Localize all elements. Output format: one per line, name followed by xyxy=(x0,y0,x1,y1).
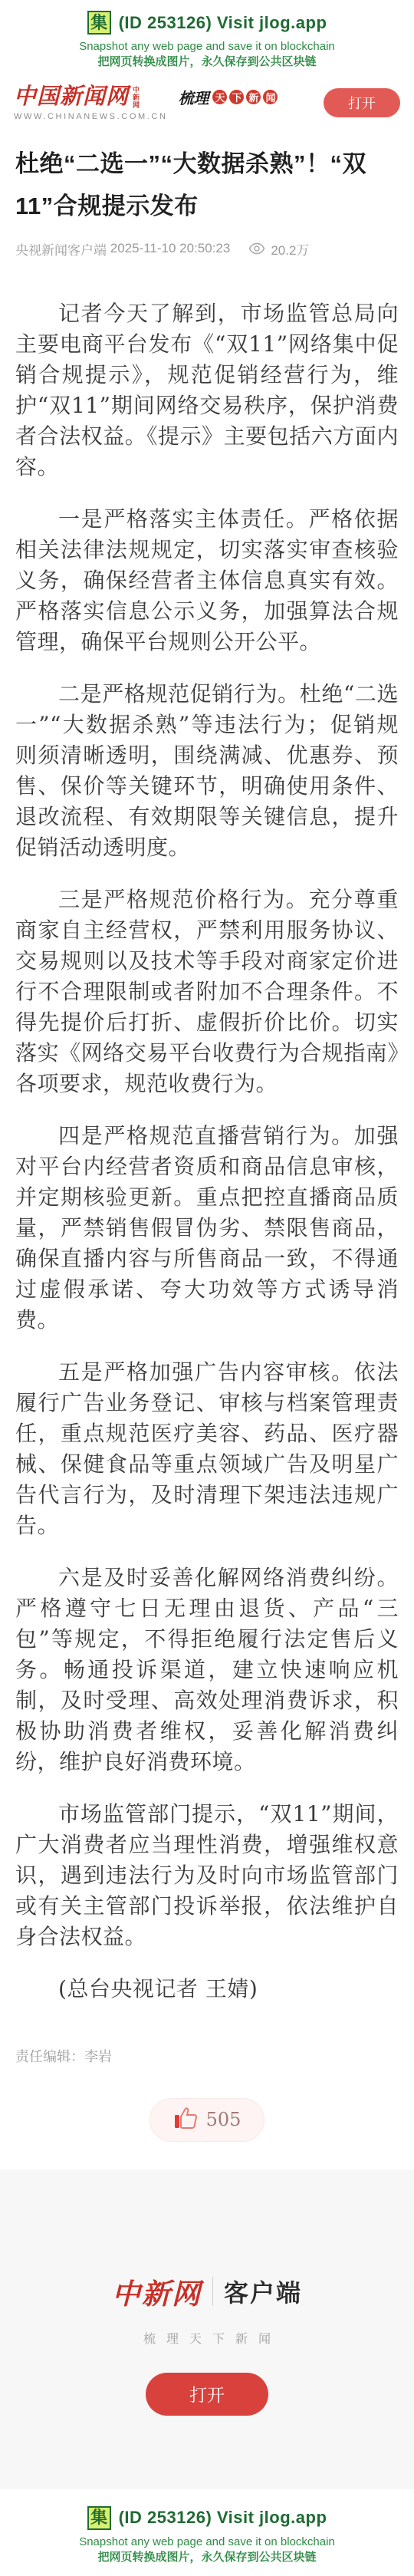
editor-credit: 责任编辑：李岩 xyxy=(0,2026,414,2066)
promo-subtitle-en: Snapshot any web page and save it on blo… xyxy=(0,39,414,54)
paragraph-1: 记者今天了解到，市场监管总局向主要电商平台发布《“双11”网络集中促销合规提示》… xyxy=(15,298,399,483)
footer-logo-client: 客户端 xyxy=(224,2274,302,2309)
chinanews-logo[interactable]: 中国新闻网 中新网 WWW.CHINANEWS.COM.CN xyxy=(14,84,167,121)
promo-subtitle-cn: 把网页转换成图片，永久保存到公共区块链 xyxy=(0,54,414,70)
article-title: 杜绝“二选一”“大数据杀熟”！“双11”合规提示发布 xyxy=(15,143,399,227)
footer-slogan: 梳理天下新闻 xyxy=(0,2329,414,2347)
jlog-id-link-bottom[interactable]: (ID 253126) Visit jlog.app xyxy=(119,2508,327,2528)
article: 杜绝“二选一”“大数据杀熟”！“双11”合规提示发布 央视新闻客户端 2025-… xyxy=(0,129,414,2004)
jlog-logo-icon: 集 xyxy=(87,11,111,35)
page: 集 (ID 253126) Visit jlog.app Snapshot an… xyxy=(0,0,414,2576)
paragraph-5: 四是严格规范直播营销行为。加强对平台内经营者资质和商品信息审核，并定期核验更新。… xyxy=(15,1121,399,1336)
top-promo-banner: 集 (ID 253126) Visit jlog.app Snapshot an… xyxy=(0,0,414,78)
open-app-button-bottom[interactable]: 打开 xyxy=(146,2373,268,2416)
app-footer: 中新网 客户端 梳理天下新闻 打开 xyxy=(0,2169,414,2489)
paragraph-3: 二是严格规范促销行为。杜绝“二选一”“大数据杀熟”等违法行为；促销规则须清晰透明… xyxy=(15,679,399,863)
open-app-button-top[interactable]: 打开 xyxy=(324,88,400,117)
slogan-prefix: 梳理 xyxy=(178,86,209,108)
paragraph-2: 一是严格落实主体责任。严格依据相关法律法规规定，切实落实审查核验义务，确保经营者… xyxy=(15,504,399,657)
slogan-circle-2: 下 xyxy=(229,90,244,104)
jlog-logo-icon-bottom: 集 xyxy=(87,2506,111,2530)
like-row: 505 xyxy=(0,2098,414,2169)
thumbs-up-icon xyxy=(173,2107,199,2133)
promo-subtitle-cn-bottom: 把网页转换成图片，永久保存到公共区块链 xyxy=(0,2550,414,2565)
footer-logo-brand: 中新网 xyxy=(112,2271,202,2312)
view-count-value: 20.2万 xyxy=(271,239,309,259)
header-slogan: 梳理 天 下 新 闻 xyxy=(178,86,278,108)
slogan-circle-4: 闻 xyxy=(263,90,278,104)
article-meta: 央视新闻客户端 2025-11-10 20:50:23 20.2万 xyxy=(15,239,399,259)
chinanews-logo-side-text: 中新网 xyxy=(132,86,139,109)
footer-logo-divider xyxy=(212,2277,213,2306)
byline: (总台央视记者 王婧) xyxy=(15,1974,399,2004)
article-datetime: 2025-11-10 20:50:23 xyxy=(110,241,231,256)
article-body: 记者今天了解到，市场监管总局向主要电商平台发布《“双11”网络集中促销合规提示》… xyxy=(15,298,399,2004)
slogan-circle-1: 天 xyxy=(212,90,227,104)
footer-logo: 中新网 客户端 xyxy=(0,2271,414,2312)
article-source: 央视新闻客户端 xyxy=(15,239,107,259)
bottom-promo-banner: 集 (ID 253126) Visit jlog.app Snapshot an… xyxy=(0,2489,414,2576)
paragraph-8: 市场监管部门提示，“双11”期间，广大消费者应当理性消费，增强维权意识，遇到违法… xyxy=(15,1799,399,1952)
like-button[interactable]: 505 xyxy=(149,2098,264,2142)
site-header: 中国新闻网 中新网 WWW.CHINANEWS.COM.CN 梳理 天 下 新 … xyxy=(0,78,414,129)
chinanews-logo-text: 中国新闻网 xyxy=(14,84,129,107)
like-count: 505 xyxy=(206,2109,242,2130)
paragraph-7: 六是及时妥善化解网络消费纠纷。严格遵守七日无理由退货、产品“三包”等规定，不得拒… xyxy=(15,1563,399,1777)
paragraph-4: 三是严格规范价格行为。充分尊重商家自主经营权，严禁利用服务协议、交易规则以及技术… xyxy=(15,884,399,1099)
paragraph-6: 五是严格加强广告内容审核。依法履行广告业务登记、审核与档案管理责任，重点规范医疗… xyxy=(15,1357,399,1541)
chinanews-url: WWW.CHINANEWS.COM.CN xyxy=(14,112,167,121)
eye-icon xyxy=(248,242,265,255)
promo-subtitle-en-bottom: Snapshot any web page and save it on blo… xyxy=(0,2535,414,2550)
slogan-circle-3: 新 xyxy=(246,90,261,104)
jlog-id-link[interactable]: (ID 253126) Visit jlog.app xyxy=(119,13,327,33)
view-count: 20.2万 xyxy=(248,239,309,259)
